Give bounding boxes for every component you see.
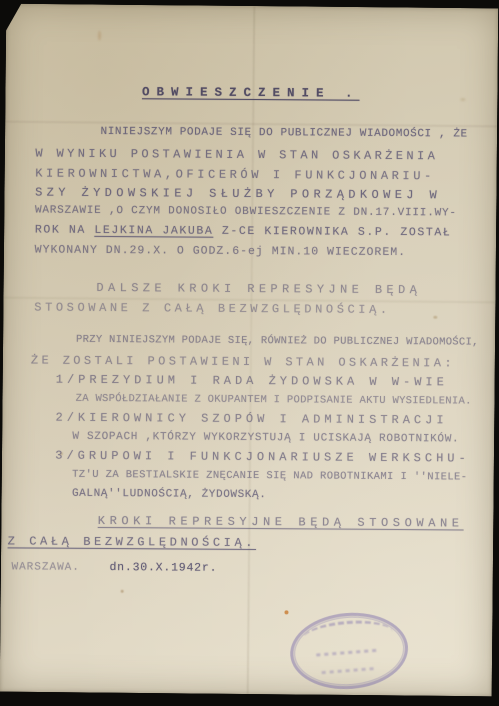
verdict-pre: ROK NA — [35, 224, 95, 237]
footer-date: dn.30.X.1942r. — [109, 561, 217, 575]
warning-line-2: STOSOWANE Z CAŁĄ BEZWZGLĘDNOŚCIĄ. — [34, 301, 391, 317]
verdict-execution-line: WYKONANY DN.29.X. O GODZ.6-ej MIN.10 WIE… — [35, 244, 406, 260]
final-warning-line-1: KROKI REPRESYJNE BĘDĄ STOSOWANE — [98, 514, 464, 531]
scan-background: { "doc": { "title": "OBWIESZCZENIE .", "… — [0, 0, 499, 706]
intro-line-5: WARSZAWIE ,O CZYM DONOSIŁO OBWIESZCZENIE… — [35, 205, 457, 220]
accused-item-1-line-1: 1/PREZYDIUM I RADA ŻYDOWSKA W W-WIE — [56, 373, 448, 390]
accused-item-2-line-1: 2/KIEROWNICY SZOPÓW I ADMINISTRACJI — [55, 411, 447, 428]
footer-place: WARSZAWA. — [11, 561, 80, 573]
accusation-line-2: ŻE ZOSTALI POSTAWIENI W STAN OSKARŻENIA: — [31, 353, 455, 370]
intro-line-4: SZY ŻYDOWSKIEJ SŁUŻBY PORZĄDKOWEJ W — [35, 186, 441, 203]
intro-line-2: W WYNIKU POSTAWIENIA W STAN OSKARŻENIA — [35, 147, 438, 164]
accused-item-3-line-3: GALNĄ''LUDNOŚCIĄ, ŻYDOWSKĄ. — [72, 488, 267, 501]
condemned-name: LEJKINA JAKUBA — [94, 224, 213, 238]
warning-line-1: DALSZE KROKI REPRESYJNE BĘDĄ — [96, 281, 421, 297]
intro-line-3: KIEROWNICTWA,OFICERÓW I FUNKCJONARIU- — [35, 167, 435, 184]
accused-item-3-line-2: TZ'U ZA BESTIALSKIE ZNĘCANIE SIĘ NAD ROB… — [72, 469, 467, 484]
paper-sheet: OBWIESZCZENIE . NINIEJSZYM PODAJE SIĘ DO… — [0, 4, 498, 697]
typewritten-text: OBWIESZCZENIE . NINIEJSZYM PODAJE SIĘ DO… — [1, 4, 498, 695]
accusation-line-1: PRZY NINIEJSZYM PODAJE SIĘ, RÓWNIEŻ DO P… — [76, 334, 479, 349]
verdict-line: ROK NA LEJKINA JAKUBA Z-CE KIEROWNIKA S.… — [35, 224, 452, 240]
accused-item-3-line-1: 3/GRUPOWI I FUNKCJONARIUSZE WERKSCHU- — [55, 449, 470, 466]
accused-item-1-line-2: ZA WSPÓŁDZIAŁANIE Z OKUPANTEM I PODPISAN… — [76, 393, 472, 408]
document-title: OBWIESZCZENIE . — [5, 84, 497, 101]
verdict-post: Z-CE KIEROWNIKA S.P. ZOSTAŁ — [213, 225, 451, 240]
intro-line-1: NINIEJSZYM PODAJE SIĘ DO PUBLICZNEJ WIAD… — [100, 126, 467, 141]
accused-item-2-line-2: W SZOPACH ,KTÓRZY WYKORZYSTUJĄ I UCISKAJ… — [72, 431, 459, 446]
final-warning-line-2: Z CAŁĄ BEZWZGLĘDNOŚCIĄ. — [8, 534, 257, 550]
